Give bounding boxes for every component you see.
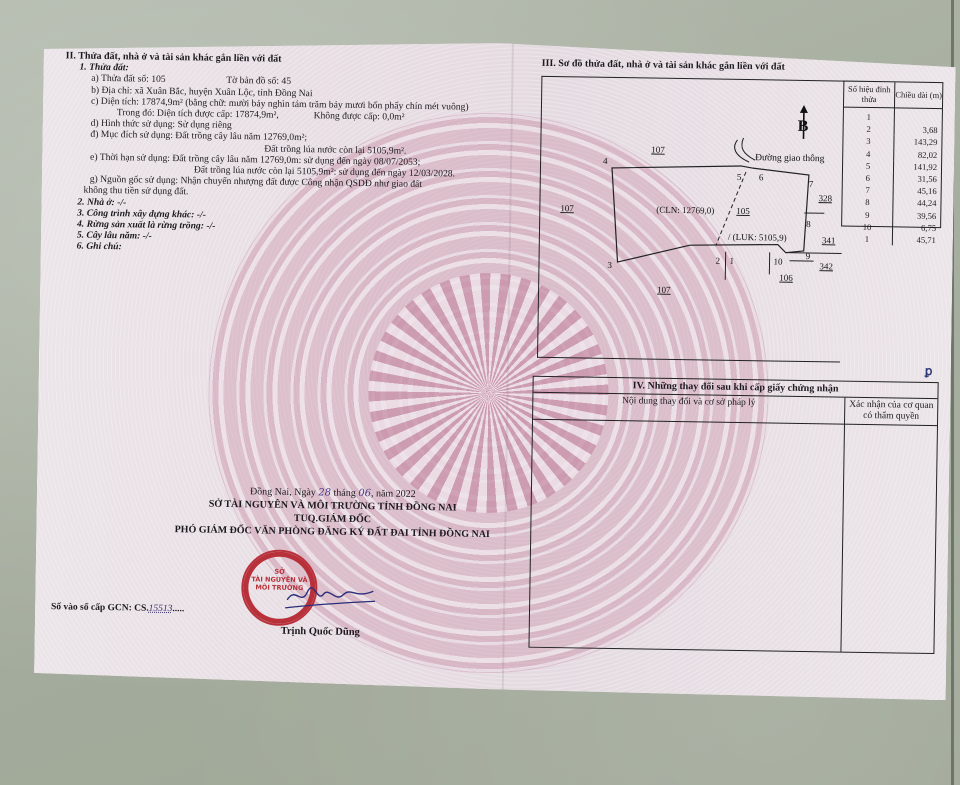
parcel-diagram: B Đường giao thông 107107107328341342106… <box>537 76 844 363</box>
svg-text:Đường giao thông: Đường giao thông <box>755 153 825 164</box>
lengths-row: 1 <box>844 107 942 124</box>
section-3-title: III. Sơ đồ thửa đất, nhà ở và tài sản kh… <box>542 58 938 75</box>
svg-text:3: 3 <box>607 260 612 270</box>
svg-text:107: 107 <box>560 203 574 213</box>
map-sheet-number: 45 <box>281 76 291 87</box>
lengths-header: Chiều dài (m) <box>894 82 942 108</box>
authority-confirmation-header: Xác nhận của cơ quan có thẩm quyền <box>844 398 937 425</box>
registry-number: Số vào sổ cấp GCN: CS.15513..... <box>51 602 184 614</box>
lengths-row: 145,71 <box>842 233 940 247</box>
signer-name: Trịnh Quốc Dũng <box>281 626 360 638</box>
signature-block: Đồng Nai, Ngày 28 tháng 06, năm 2022 SỞ … <box>162 484 503 541</box>
lengths-header: Số hiệu đỉnh thửa <box>844 82 895 108</box>
parcel-map: B Đường giao thông 107107107328341342106… <box>538 77 844 362</box>
svg-text:328: 328 <box>818 193 832 203</box>
svg-text:105: 105 <box>736 206 750 216</box>
land-info-section: II. Thửa đất, nhà ở và tài sản khác gắn … <box>63 50 506 259</box>
svg-text:5: 5 <box>737 172 742 182</box>
svg-text:/ (LUK: 5105,9): / (LUK: 5105,9) <box>728 232 787 243</box>
svg-text:107: 107 <box>651 145 665 155</box>
parcel-number: 105 <box>151 74 166 85</box>
svg-text:(CLN: 12769,0): (CLN: 12769,0) <box>656 205 714 216</box>
svg-text:B: B <box>798 118 809 135</box>
svg-text:341: 341 <box>822 235 836 245</box>
issue-month: 06 <box>358 488 371 499</box>
svg-text:106: 106 <box>779 273 793 283</box>
svg-text:107: 107 <box>657 285 671 295</box>
handwritten-mark: ꝑ <box>925 364 933 379</box>
land-certificate-sheet: II. Thửa đất, nhà ở và tài sản khác gắn … <box>34 36 956 700</box>
parcel-diagram-section: III. Sơ đồ thửa đất, nhà ở và tài sản kh… <box>538 58 938 75</box>
svg-text:2: 2 <box>715 256 720 266</box>
changes-section: IV. Những thay đổi sau khi cấp giấy chứn… <box>528 376 938 654</box>
svg-text:6: 6 <box>759 172 764 182</box>
svg-text:10: 10 <box>773 256 783 266</box>
handwritten-signature <box>285 580 375 611</box>
issue-day: 28 <box>318 487 331 498</box>
svg-text:342: 342 <box>819 261 833 271</box>
north-arrow-icon: B <box>797 105 809 139</box>
svg-text:1: 1 <box>729 256 734 266</box>
edge-lengths-table: Số hiệu đỉnh thửaChiều dài (m) 123,68314… <box>841 81 943 229</box>
svg-text:9: 9 <box>806 251 811 261</box>
svg-text:7: 7 <box>809 179 814 189</box>
svg-text:4: 4 <box>603 156 608 166</box>
svg-text:8: 8 <box>806 219 811 229</box>
changes-column-header: Nội dung thay đổi và cơ sở pháp lý <box>533 393 844 424</box>
